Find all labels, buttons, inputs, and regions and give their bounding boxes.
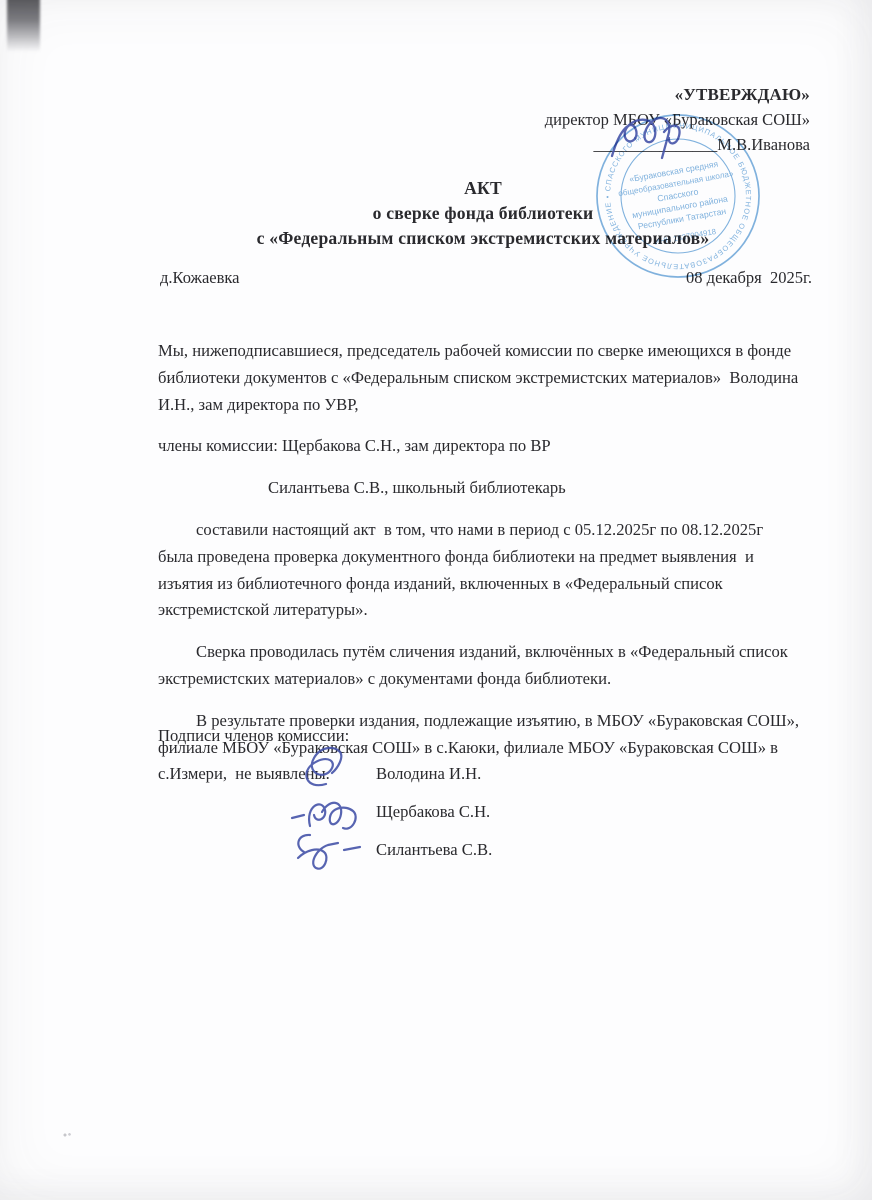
- text-line: И.Н., зам директора по УВР,: [158, 392, 820, 419]
- text-line: была проведена проверка документного фон…: [158, 544, 820, 571]
- place-label: д.Кожаевка: [160, 268, 239, 288]
- signature-name-silantieva: Силантьева С.В.: [376, 836, 492, 863]
- text-line: Сверка проводилась путём сличения издани…: [158, 639, 820, 666]
- paragraph-act-period: составили настоящий акт в том, что нами …: [158, 517, 820, 624]
- signature-name-shcherbakova: Щербакова С.Н.: [376, 798, 492, 825]
- text-line: экстремистской литературы».: [158, 597, 820, 624]
- paragraph-members: члены комиссии: Щербакова С.Н., зам дире…: [158, 433, 820, 460]
- paragraph-commission: Мы, нижеподписавшиеся, председатель рабо…: [158, 338, 820, 418]
- text-line: изъятия из библиотечного фонда изданий, …: [158, 571, 820, 598]
- approve-signature-line: _______________М.В.Иванова: [545, 132, 810, 157]
- director-name: М.В.Иванова: [717, 135, 810, 154]
- text-line: экстремистских материалов» с документами…: [158, 666, 820, 693]
- title-line-1: АКТ: [120, 176, 846, 201]
- place-date-row: д.Кожаевка 08 декабря 2025г.: [160, 268, 812, 288]
- approve-block: «УТВЕРЖДАЮ» директор МБОУ «Бураковская С…: [545, 82, 810, 157]
- text-line: члены комиссии: Щербакова С.Н., зам дире…: [158, 433, 820, 460]
- signatures-label: Подписи членов комиссии:: [158, 726, 349, 746]
- date-label: 08 декабря 2025г.: [686, 268, 812, 288]
- document-title: АКТ о сверке фонда библиотеки с «Федерал…: [120, 176, 846, 251]
- paragraph-librarian: Силантьева С.В., школьный библиотекарь: [158, 475, 820, 502]
- signature-underscore: _______________: [594, 135, 718, 154]
- title-line-3: с «Федеральным списком экстремистских ма…: [120, 226, 846, 251]
- scan-smudge-artifact: [62, 1132, 72, 1138]
- signature-names: Володина И.Н. Щербакова С.Н. Силантьева …: [376, 760, 492, 874]
- paragraph-method: Сверка проводилась путём сличения издани…: [158, 639, 820, 693]
- title-line-2: о сверке фонда библиотеки: [120, 201, 846, 226]
- text-line: библиотеки документов с «Федеральным спи…: [158, 365, 820, 392]
- scan-corner-artifact: [7, 0, 40, 52]
- signature-name-volodina: Володина И.Н.: [376, 760, 492, 787]
- approve-director-line: директор МБОУ «Бураковская СОШ»: [545, 107, 810, 132]
- approve-title: «УТВЕРЖДАЮ»: [545, 82, 810, 107]
- text-line: Силантьева С.В., школьный библиотекарь: [158, 475, 820, 502]
- text-line: Мы, нижеподписавшиеся, председатель рабо…: [158, 338, 820, 365]
- scanned-document-page: «УТВЕРЖДАЮ» директор МБОУ «Бураковская С…: [0, 0, 872, 1200]
- text-line: составили настоящий акт в том, что нами …: [158, 517, 820, 544]
